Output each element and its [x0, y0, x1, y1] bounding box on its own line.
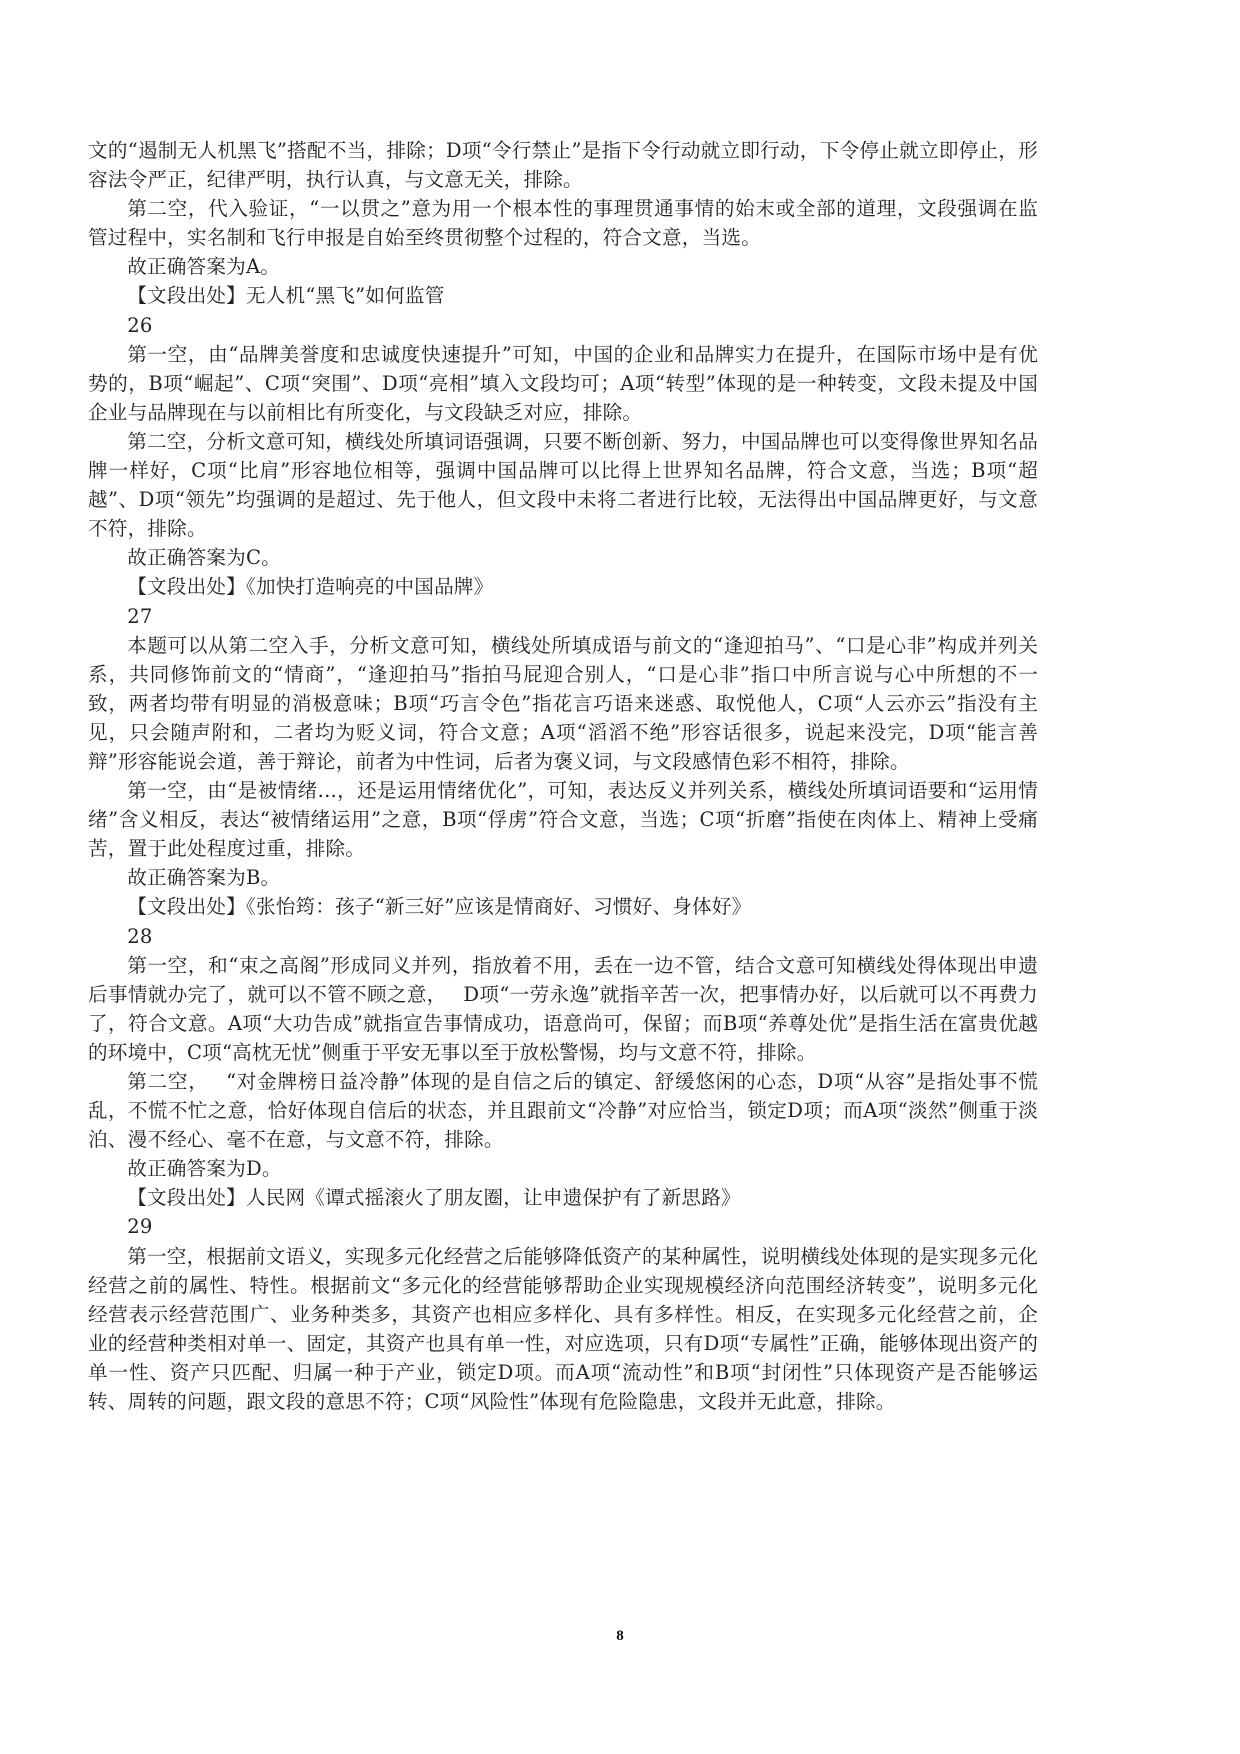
- source-line: 【文段出处】《张怡筠：孩子“新三好”应该是情商好、习惯好、身体好》: [88, 892, 1038, 921]
- paragraph-continuation: 文的“遏制无人机黑飞”搭配不当，排除；D项“令行禁止”是指下令行动就立即行动，下…: [88, 136, 1038, 194]
- source-line: 【文段出处】无人机“黑飞”如何监管: [88, 281, 1038, 310]
- question-number: 27: [88, 602, 1038, 631]
- answer-line: 故正确答案为C。: [88, 543, 1038, 572]
- paragraph-body: 第二空， “对金牌榜日益冷静”体现的是自信之后的镇定、舒缓悠闲的心态，D项“从容…: [88, 1067, 1038, 1154]
- source-line: 【文段出处】《加快打造响亮的中国品牌》: [88, 572, 1038, 601]
- question-number: 28: [88, 922, 1038, 951]
- source-line: 【文段出处】人民网《谭式摇滚火了朋友圈，让申遗保护有了新思路》: [88, 1183, 1038, 1212]
- paragraph-body: 第二空，代入验证，“一以贯之”意为用一个根本性的事理贯通事情的始末或全部的道理，…: [88, 194, 1038, 252]
- page-number: 8: [0, 1628, 1240, 1645]
- paragraph-body: 第一空，根据前文语义，实现多元化经营之后能够降低资产的某种属性，说明横线处体现的…: [88, 1242, 1038, 1417]
- answer-line: 故正确答案为A。: [88, 252, 1038, 281]
- document-body: 文的“遏制无人机黑飞”搭配不当，排除；D项“令行禁止”是指下令行动就立即行动，下…: [88, 136, 1038, 1416]
- answer-line: 故正确答案为B。: [88, 863, 1038, 892]
- question-number: 29: [88, 1212, 1038, 1241]
- paragraph-body: 第一空，和“束之高阁”形成同义并列，指放着不用，丢在一边不管，结合文意可知横线处…: [88, 951, 1038, 1067]
- answer-line: 故正确答案为D。: [88, 1154, 1038, 1183]
- paragraph-body: 本题可以从第二空入手，分析文意可知，横线处所填成语与前文的“逢迎拍马”、“口是心…: [88, 631, 1038, 776]
- paragraph-body: 第二空，分析文意可知，横线处所填词语强调，只要不断创新、努力，中国品牌也可以变得…: [88, 427, 1038, 543]
- paragraph-body: 第一空，由“是被情绪...，还是运用情绪优化”，可知，表达反义并列关系，横线处所…: [88, 776, 1038, 863]
- paragraph-body: 第一空，由“品牌美誉度和忠诚度快速提升”可知，中国的企业和品牌实力在提升，在国际…: [88, 340, 1038, 427]
- question-number: 26: [88, 311, 1038, 340]
